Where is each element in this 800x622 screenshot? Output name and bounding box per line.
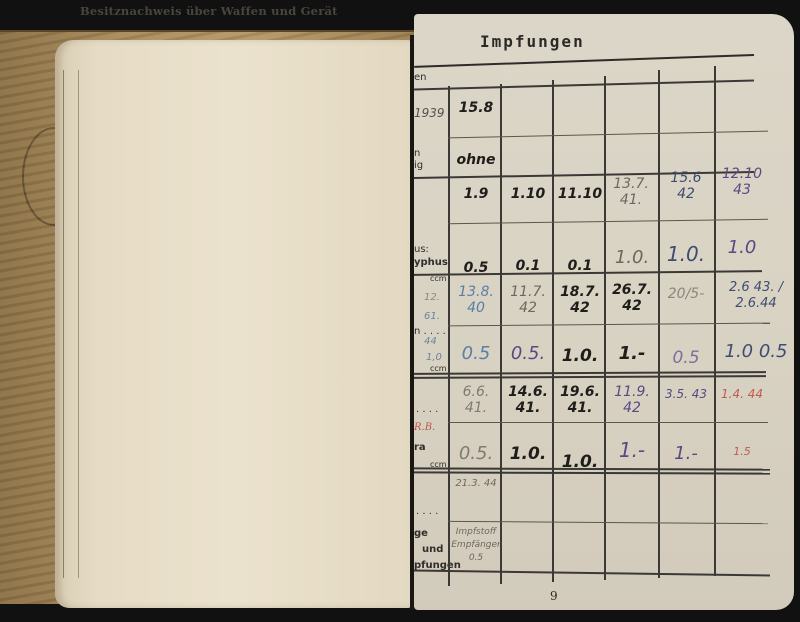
table-cell: 15.6 42 — [660, 170, 712, 202]
left-page — [55, 40, 412, 608]
table-cell: 0.5 — [450, 346, 502, 362]
table-cell: 11.9. 42 — [606, 384, 658, 416]
table-cell: 1.4. 44 — [716, 386, 768, 402]
table-cell: 3.5. 43 — [660, 386, 712, 402]
table-cell: 1.0. — [502, 446, 554, 462]
table-cell: 0.1 — [502, 258, 554, 274]
table-cell: 1.9 — [450, 186, 502, 202]
page-edges — [63, 70, 79, 578]
table-cell: Impfstoff Empfänger 0.5 — [450, 526, 502, 565]
table-cell: 0.5. — [450, 446, 502, 462]
table-cell: 6.6. 41. — [450, 384, 502, 416]
table-cell: 1.0. — [660, 246, 712, 262]
table-cell: 0.1 — [554, 258, 606, 274]
table-cell: 20/5- — [660, 286, 712, 302]
table-cell: 19.6. 41. — [554, 384, 606, 416]
page-number: 9 — [550, 589, 558, 603]
table-cell: 15.8 — [450, 100, 502, 116]
table-cell: 1.0. — [554, 348, 606, 364]
table-cell: ohne — [450, 152, 502, 168]
table-cell: 12.10 43 — [716, 166, 768, 198]
table-cell: 11.7. 42 — [502, 284, 554, 316]
table-cell: 14.6. 41. — [502, 384, 554, 416]
table-cell: 1.0 0.5 — [716, 344, 794, 360]
table-cell: 11.10 — [554, 186, 606, 202]
table-cell: 0.5. — [502, 346, 554, 362]
table-cell: 1.0. — [554, 454, 606, 470]
table-cell: 13.8. 40 — [450, 284, 502, 316]
table-cell: 26.7. 42 — [606, 282, 658, 314]
table-cell: 1.10 — [502, 186, 554, 202]
table-cell: 18.7. 42 — [554, 284, 606, 316]
table-cell: 1.5 — [716, 444, 768, 460]
left-page-header: Besitznachweis über Waffen und Gerät — [80, 4, 400, 18]
table-cell: 0.5 — [660, 350, 712, 366]
table-cell: 2.6 43. / 2.6.44 — [716, 280, 794, 312]
table-cell: 1.- — [606, 346, 658, 362]
table-cell: 0.5 — [450, 260, 502, 276]
table-cell: 13.7. 41. — [606, 176, 656, 208]
table-cell: 1.- — [660, 446, 712, 462]
table-cell: 21.3. 44 — [450, 478, 502, 490]
table-cell: 1.0. — [606, 250, 658, 266]
table-cell: 1.- — [606, 442, 658, 458]
table-cell: 1.0 — [716, 240, 768, 256]
right-page: Impfungen en 1939 n ig us: yphus ccm 12.… — [414, 14, 794, 610]
